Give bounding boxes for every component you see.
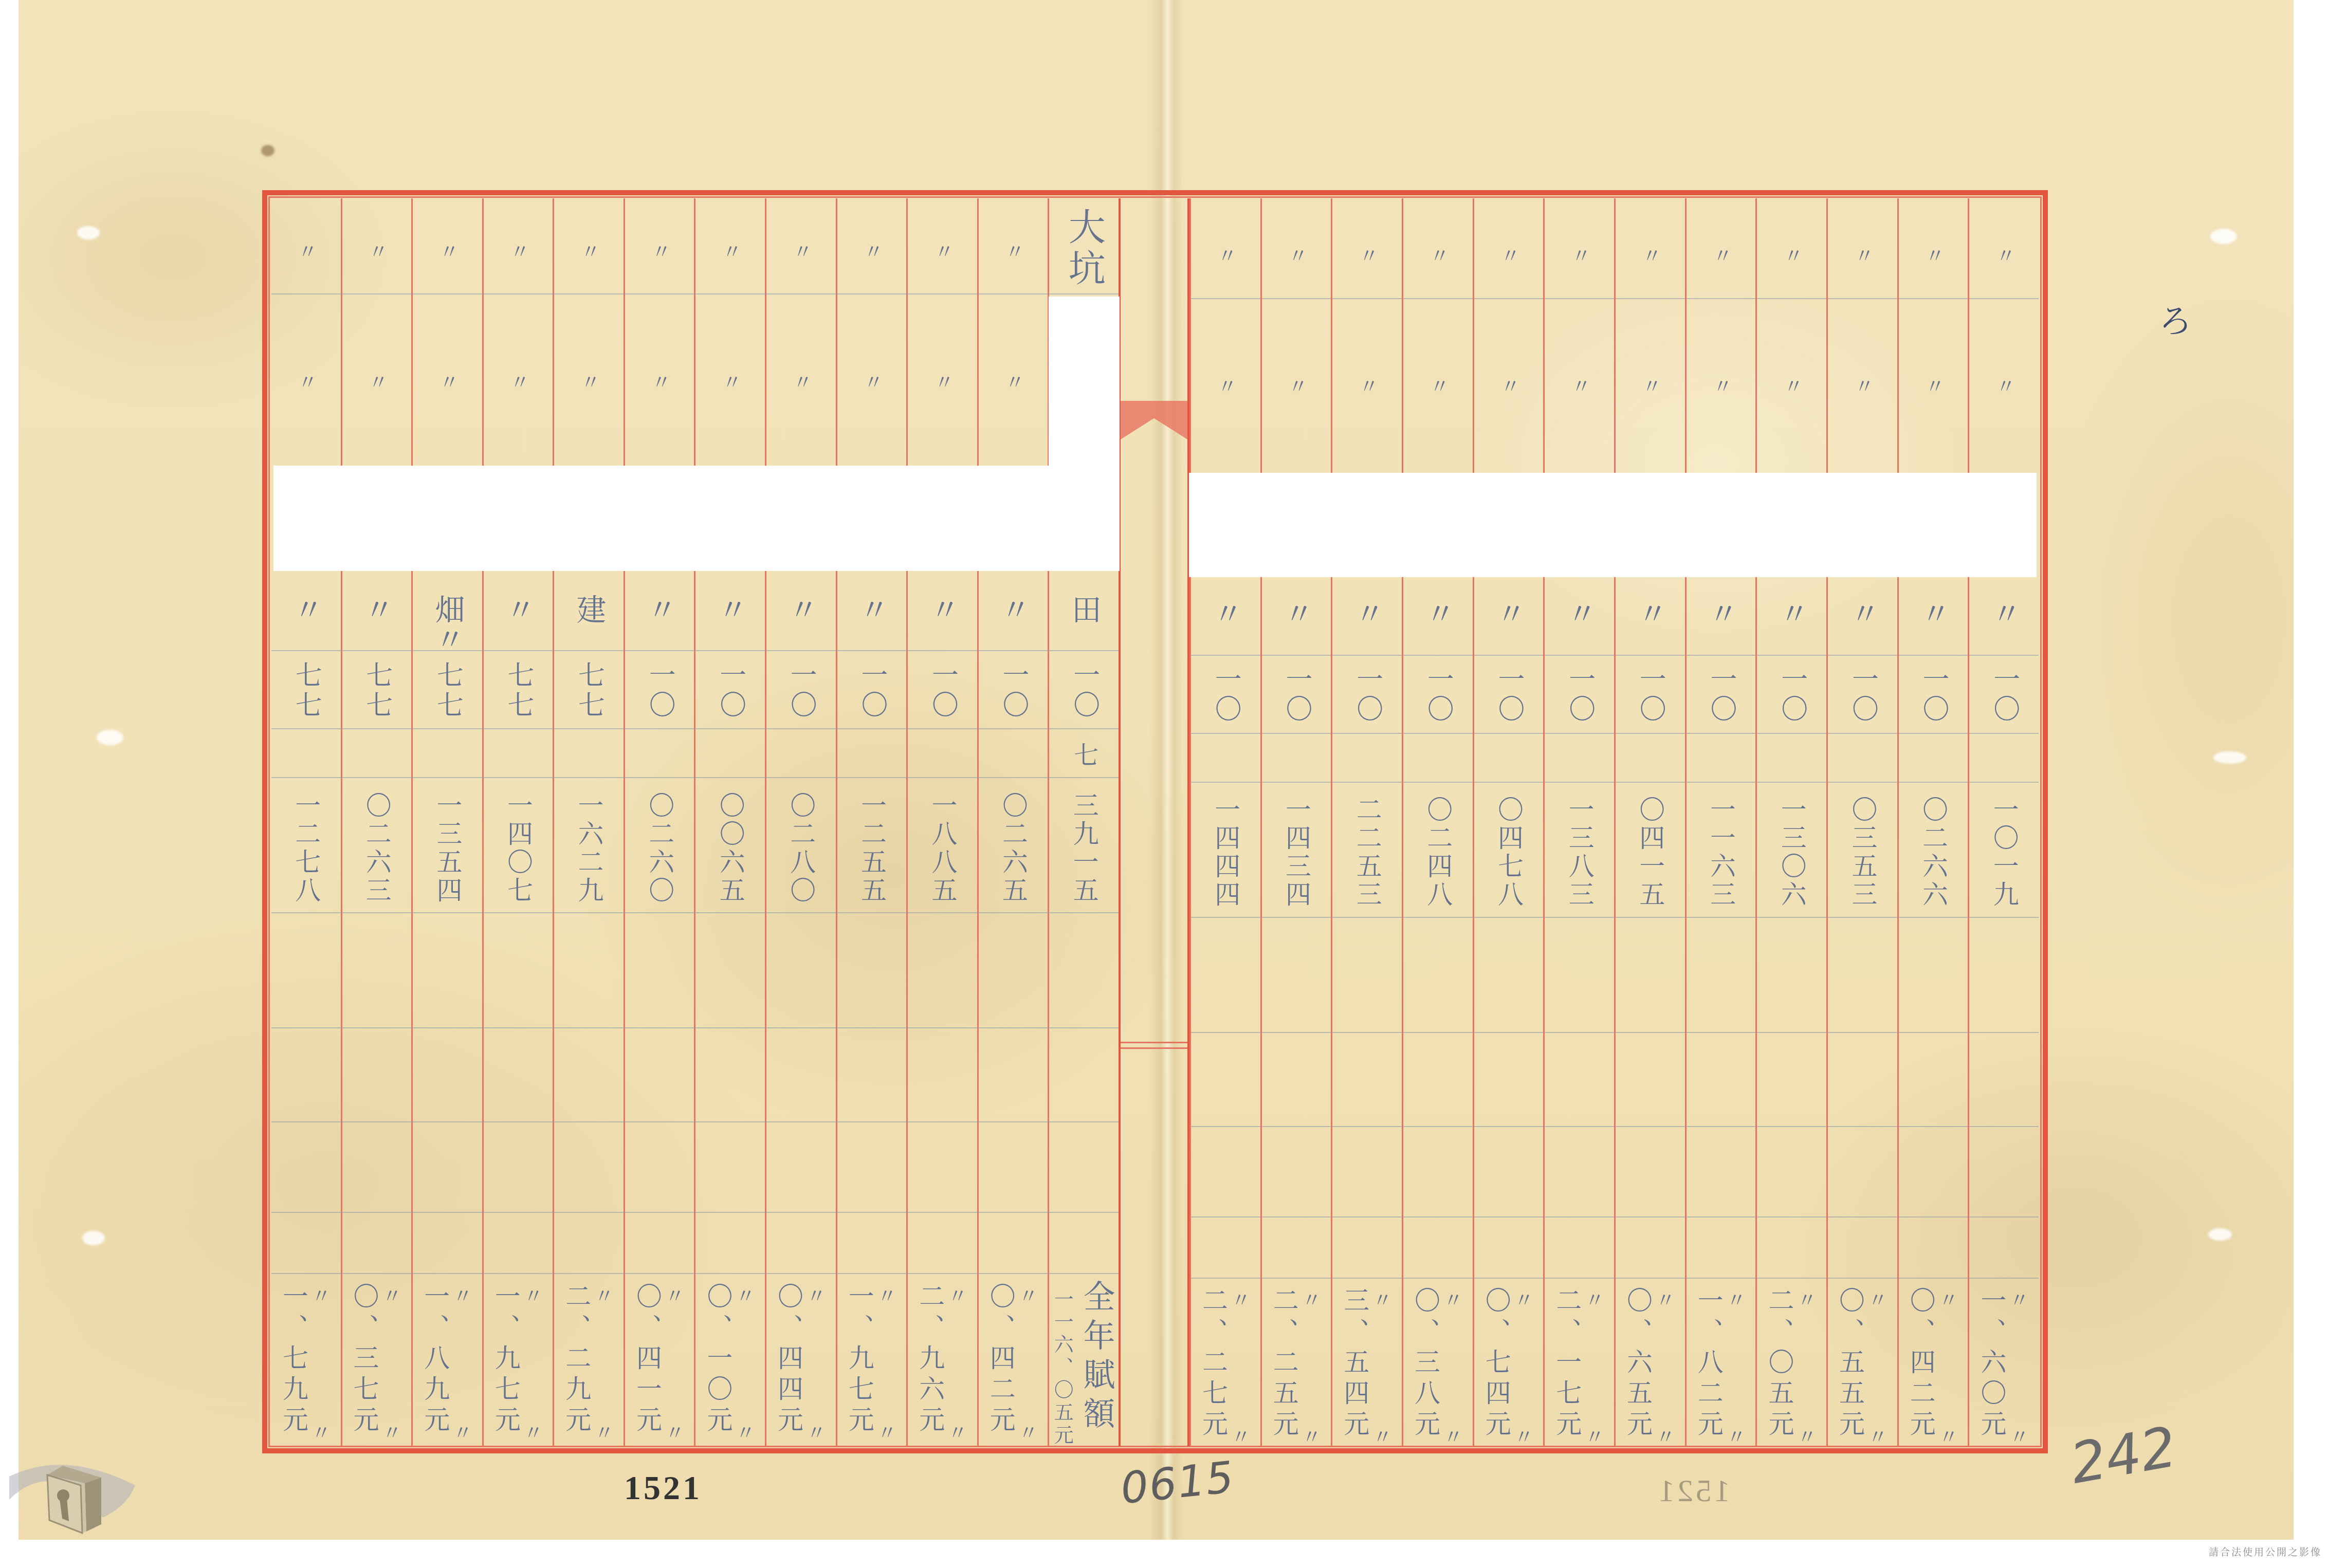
land-category-cell: 〃 bbox=[1616, 598, 1685, 628]
ditto-mark: 〃 bbox=[522, 1286, 541, 1305]
ditto-mark-cell: 〃 bbox=[1545, 376, 1614, 396]
register-column: 〃〃〃一〇一〇一九一、六〇元〃〃 bbox=[1968, 198, 2039, 1446]
annual-tax-amount: 二、二五元 bbox=[1271, 1287, 1297, 1441]
land-area: 一二七八 bbox=[293, 792, 319, 905]
land-grade: 一〇 bbox=[1708, 665, 1734, 725]
land-grade: 一〇 bbox=[1920, 665, 1947, 725]
ditto-mark: 〃 bbox=[791, 372, 811, 392]
ditto-mark: 〃 bbox=[721, 372, 740, 392]
ditto-mark: 〃 bbox=[593, 1286, 612, 1305]
land-category: 〃 bbox=[998, 594, 1028, 624]
land-grade-cell: 一〇 bbox=[1403, 665, 1473, 725]
ditto-mark-cell: 〃 bbox=[554, 242, 624, 261]
redaction-block-right bbox=[1189, 473, 2037, 577]
ditto-mark: 〃 bbox=[1994, 376, 2014, 396]
land-grade-cell: 一〇 bbox=[1332, 665, 1402, 725]
land-grade-cell: 七七 bbox=[342, 661, 412, 721]
land-grade-cell: 七七 bbox=[554, 661, 624, 721]
ditto-mark-cell: 〃 bbox=[979, 372, 1048, 392]
ditto-mark: 〃 bbox=[805, 1286, 824, 1305]
ditto-mark-cell: 〃 bbox=[908, 1286, 977, 1305]
ditto-mark: 〃 bbox=[1230, 1427, 1249, 1446]
ditto-mark-cell: 〃 bbox=[1899, 376, 1968, 396]
land-category: 〃 bbox=[1494, 598, 1524, 628]
land-area: 一一六三 bbox=[1708, 796, 1734, 909]
ditto-mark-cell: 〃 bbox=[625, 1423, 694, 1442]
land-area: 〇二六三 bbox=[364, 792, 390, 905]
annual-tax-amount: 一、八二元 bbox=[1696, 1287, 1721, 1441]
land-category-cell: 〃 bbox=[1191, 598, 1260, 628]
ditto-mark: 〃 bbox=[367, 242, 387, 261]
land-grade-cell: 一〇 bbox=[695, 661, 765, 721]
annual-tax-amount: 一、六〇元 bbox=[1978, 1287, 2004, 1441]
land-area-cell: 三九一五 bbox=[1049, 792, 1119, 905]
ditto-mark-cell: 〃 bbox=[554, 1423, 624, 1442]
land-area: 一三八三 bbox=[1567, 796, 1592, 909]
land-area: 一二五五 bbox=[859, 792, 885, 905]
ditto-mark-cell: 〃 bbox=[1969, 246, 2039, 265]
annual-tax-amount: 〇、六五元 bbox=[1625, 1287, 1651, 1441]
ditto-mark: 〃 bbox=[2008, 1427, 2027, 1446]
land-category: 〃 bbox=[1423, 598, 1453, 628]
ditto-mark-cell: 〃 bbox=[1899, 246, 1968, 265]
land-category: 〃 bbox=[857, 594, 887, 624]
land-area: 〇二六六 bbox=[1920, 796, 1946, 909]
paper-stain bbox=[261, 145, 274, 156]
land-grade: 一〇 bbox=[1424, 665, 1451, 725]
land-area: 〇二四八 bbox=[1425, 796, 1451, 909]
land-grade: 一〇 bbox=[1637, 665, 1663, 725]
annual-tax-amount-cell: 〇、一〇元 bbox=[695, 1283, 765, 1437]
land-area-cell: 一四〇七 bbox=[484, 792, 553, 905]
land-grade: 一〇 bbox=[929, 661, 956, 721]
ditto-mark: 〃 bbox=[932, 372, 952, 392]
land-area: 三九一五 bbox=[1071, 792, 1097, 905]
land-grade-cell: 一〇 bbox=[1616, 665, 1685, 725]
ditto-mark: 〃 bbox=[1853, 376, 1872, 396]
land-category-cell: 〃 bbox=[484, 594, 553, 624]
register-column: 〃〃〃七七一四〇七一、九七元〃〃 bbox=[482, 198, 553, 1446]
ditto-mark: 〃 bbox=[721, 242, 740, 261]
area-whole-cell: 七 bbox=[1049, 742, 1119, 767]
ditto-mark-cell: 〃 bbox=[1828, 376, 1897, 396]
ditto-mark: 〃 bbox=[805, 1423, 824, 1442]
ditto-mark: 〃 bbox=[663, 1423, 683, 1442]
land-category-cell: 〃 bbox=[1687, 598, 1756, 628]
register-column: 〃〃〃一〇〇二六五〇、四二元〃〃 bbox=[977, 198, 1048, 1446]
ditto-mark: 〃 bbox=[862, 242, 882, 261]
register-column: 〃〃〃一〇〇二六六〇、四二元〃〃 bbox=[1897, 198, 1968, 1446]
annual-tax-amount-cell: 一、九七元 bbox=[837, 1283, 907, 1437]
ditto-mark: 〃 bbox=[1512, 1427, 1532, 1446]
ditto-mark: 〃 bbox=[1640, 246, 1660, 265]
land-area-cell: 一四四四 bbox=[1191, 796, 1260, 909]
ditto-mark: 〃 bbox=[875, 1423, 895, 1442]
land-category-cell: 田 bbox=[1049, 594, 1119, 624]
land-grade: 一〇 bbox=[646, 661, 673, 721]
ditto-mark-cell: 〃 bbox=[271, 1423, 341, 1442]
annual-tax-total-cell: 一一六、〇五元 bbox=[1049, 1289, 1119, 1447]
land-grade-cell: 一〇 bbox=[1757, 665, 1826, 725]
ditto-mark: 〃 bbox=[1923, 376, 1943, 396]
register-column: 〃〃〃一〇一一六三一、八二元〃〃 bbox=[1685, 198, 1756, 1446]
ditto-mark: 〃 bbox=[1570, 246, 1589, 265]
ditto-mark-cell: 〃 bbox=[695, 242, 765, 261]
land-grade-cell: 一〇 bbox=[1545, 665, 1614, 725]
land-area: 〇〇六五 bbox=[718, 792, 743, 905]
ditto-mark-cell: 〃 bbox=[1545, 246, 1614, 265]
ditto-mark: 〃 bbox=[451, 1286, 471, 1305]
ditto-mark-cell: 〃 bbox=[1616, 1290, 1685, 1309]
paper-tear bbox=[2213, 751, 2246, 764]
land-category-cell: 〃 bbox=[766, 594, 836, 624]
paper-tear bbox=[77, 226, 100, 239]
land-category: 〃 bbox=[1635, 598, 1665, 628]
register-column: 〃〃〃一〇一二五五一、九七元〃〃 bbox=[836, 198, 907, 1446]
ditto-mark: 〃 bbox=[1654, 1427, 1674, 1446]
ditto-mark: 〃 bbox=[296, 242, 316, 261]
land-grade-cell: 一〇 bbox=[1191, 665, 1260, 725]
land-grade-cell: 一〇 bbox=[1687, 665, 1756, 725]
land-area-cell: 一三五四 bbox=[413, 792, 482, 905]
ditto-mark-cell: 〃 bbox=[837, 1423, 907, 1442]
annual-tax-amount: 一、九七元 bbox=[847, 1283, 872, 1437]
land-category-cell: 〃 bbox=[1474, 598, 1544, 628]
annual-tax-amount-cell: 一、九七元 bbox=[484, 1283, 553, 1437]
ditto-mark: 〃 bbox=[310, 1423, 329, 1442]
land-category-cell: 〃 bbox=[1332, 598, 1402, 628]
land-category: 田 bbox=[1069, 594, 1099, 624]
land-area-cell: 一二七八 bbox=[271, 792, 341, 905]
ditto-mark: 〃 bbox=[2008, 1290, 2027, 1309]
ditto-mark-cell: 〃 bbox=[1828, 1290, 1897, 1309]
ditto-mark-cell: 〃 bbox=[1262, 1290, 1331, 1309]
land-category: 〃 bbox=[1706, 598, 1736, 628]
ditto-mark: 〃 bbox=[508, 372, 528, 392]
ditto-mark-cell: 〃 bbox=[342, 372, 412, 392]
annual-tax-amount-cell: 二、〇五元 bbox=[1757, 1287, 1826, 1441]
ditto-mark-cell: 〃 bbox=[766, 242, 836, 261]
ditto-mark: 〃 bbox=[1782, 376, 1802, 396]
annual-tax-amount-cell: 一、六〇元 bbox=[1969, 1287, 2039, 1441]
ditto-mark-cell: 〃 bbox=[1403, 1290, 1473, 1309]
land-area: 〇二八〇 bbox=[788, 792, 814, 905]
ditto-mark-cell: 〃 bbox=[413, 372, 482, 392]
stamp-number-left: 1521 bbox=[624, 1469, 702, 1508]
ditto-mark: 〃 bbox=[862, 372, 882, 392]
ditto-mark: 〃 bbox=[1795, 1427, 1815, 1446]
register-column: 〃〃建七七一六二九二、二九元〃〃 bbox=[553, 198, 624, 1446]
land-category-cell: 〃 bbox=[625, 594, 694, 624]
annual-tax-amount-cell: 一、七九元 bbox=[271, 1283, 341, 1437]
ditto-mark: 〃 bbox=[1358, 376, 1377, 396]
ditto-mark: 〃 bbox=[946, 1423, 966, 1442]
land-area-cell: 〇二六三 bbox=[342, 792, 412, 905]
land-area: 一四四四 bbox=[1213, 796, 1238, 909]
ditto-mark-cell: 〃 bbox=[342, 1423, 412, 1442]
land-category: 建 bbox=[574, 594, 604, 624]
land-category: 〃 bbox=[716, 594, 745, 624]
ditto-mark-cell: 〃 bbox=[1332, 1290, 1402, 1309]
ditto-mark-cell: 〃 bbox=[1332, 376, 1402, 396]
land-grade-cell: 一〇 bbox=[1899, 665, 1968, 725]
annual-tax-amount: 二、二七元 bbox=[1200, 1287, 1226, 1441]
land-grade: 一〇 bbox=[1071, 661, 1097, 721]
ditto-mark-cell: 〃 bbox=[1403, 376, 1473, 396]
land-area: 一四三四 bbox=[1284, 796, 1309, 909]
land-area-cell: 一三〇六 bbox=[1757, 796, 1826, 909]
ditto-mark-cell: 〃 bbox=[695, 372, 765, 392]
land-category-cell: 〃 bbox=[979, 594, 1048, 624]
register-column: 〃〃〃七七〇二六三〇、三七元〃〃 bbox=[341, 198, 412, 1446]
land-category-cell: 〃 bbox=[1969, 598, 2039, 628]
annual-tax-amount-cell: 〇、四二元 bbox=[979, 1283, 1048, 1437]
ditto-mark: 〃 bbox=[1512, 1290, 1532, 1309]
ditto-mark: 〃 bbox=[1300, 1427, 1320, 1446]
ditto-mark: 〃 bbox=[1725, 1290, 1744, 1309]
ditto-mark: 〃 bbox=[1287, 246, 1306, 265]
ditto-mark-cell: 〃 bbox=[1262, 1427, 1331, 1446]
ditto-mark-cell: 〃 bbox=[979, 242, 1048, 261]
stamp-number-bleedthrough: 1521 bbox=[1656, 1473, 1730, 1509]
ditto-mark-cell: 〃 bbox=[1616, 376, 1685, 396]
ditto-mark: 〃 bbox=[1583, 1290, 1603, 1309]
land-area-cell: 〇二四八 bbox=[1403, 796, 1473, 909]
land-grade-cell: 七七 bbox=[413, 661, 482, 721]
land-area-cell: 一四三四 bbox=[1262, 796, 1331, 909]
land-grade-cell: 一〇 bbox=[837, 661, 907, 721]
land-category-cell: 〃 bbox=[271, 594, 341, 624]
ditto-mark: 〃 bbox=[1428, 376, 1447, 396]
ditto-mark: 〃 bbox=[791, 242, 811, 261]
land-category: 〃 bbox=[1847, 598, 1877, 628]
land-grade-cell: 一〇 bbox=[766, 661, 836, 721]
annual-tax-amount-cell: 二、一七元 bbox=[1545, 1287, 1614, 1441]
ditto-mark-cell: 〃 bbox=[271, 242, 341, 261]
land-category: 〃 bbox=[1281, 598, 1311, 628]
ditto-mark: 〃 bbox=[1216, 246, 1235, 265]
land-area: 〇四一五 bbox=[1637, 796, 1663, 909]
annual-tax-amount-cell: 〇、四二元 bbox=[1899, 1287, 1968, 1441]
ditto-mark-cell: 〃 bbox=[484, 372, 553, 392]
annual-tax-amount: 三、五四元 bbox=[1342, 1287, 1367, 1441]
annual-tax-amount: 一、九七元 bbox=[493, 1283, 519, 1437]
annual-tax-amount-cell: 一、八九元 bbox=[413, 1283, 482, 1437]
annual-tax-amount: 〇、三八元 bbox=[1413, 1287, 1438, 1441]
land-area-cell: 〇二六五 bbox=[979, 792, 1048, 905]
ditto-mark: 〃 bbox=[1216, 376, 1235, 396]
annual-tax-amount: 〇、七四元 bbox=[1483, 1287, 1509, 1441]
ditto-mark: 〃 bbox=[1795, 1290, 1815, 1309]
fish-tail-mark bbox=[1121, 401, 1187, 439]
land-grade-cell: 一〇 bbox=[1828, 665, 1897, 725]
ditto-mark-cell: 〃 bbox=[837, 242, 907, 261]
register-column: 〃〃〃一〇〇二八〇〇、四四元〃〃 bbox=[765, 198, 836, 1446]
ditto-mark: 〃 bbox=[437, 372, 457, 392]
ditto-mark-cell: 〃 bbox=[908, 372, 977, 392]
ditto-mark: 〃 bbox=[1017, 1286, 1036, 1305]
ditto-mark: 〃 bbox=[380, 1286, 400, 1305]
ditto-mark: 〃 bbox=[1371, 1290, 1390, 1309]
ditto-mark-cell: 〃 bbox=[1403, 1427, 1473, 1446]
ditto-mark: 〃 bbox=[1371, 1427, 1390, 1446]
ditto-mark: 〃 bbox=[1499, 376, 1518, 396]
right-page: 〃〃〃一〇一四四四二、二七元〃〃〃〃〃一〇一四三四二、二五元〃〃〃〃〃一〇二二五… bbox=[1187, 198, 2039, 1446]
ditto-mark: 〃 bbox=[1725, 1427, 1744, 1446]
annual-tax-amount: 〇、一〇元 bbox=[705, 1283, 730, 1437]
land-area: 〇三五三 bbox=[1849, 796, 1875, 909]
land-area-cell: 〇四一五 bbox=[1616, 796, 1685, 909]
ditto-mark-cell: 〃 bbox=[413, 1423, 482, 1442]
ditto-mark: 〃 bbox=[650, 372, 669, 392]
annual-tax-amount-cell: 〇、七四元 bbox=[1474, 1287, 1544, 1441]
annual-tax-amount-cell: 〇、三八元 bbox=[1403, 1287, 1473, 1441]
margin-annotation: ろ bbox=[2159, 295, 2192, 342]
ditto-mark-cell: 〃 bbox=[837, 372, 907, 392]
land-grade: 七七 bbox=[292, 661, 319, 721]
paper-tear bbox=[2208, 1228, 2232, 1241]
ditto-mark-cell: 〃 bbox=[979, 1286, 1048, 1305]
ditto-mark-cell: 〃 bbox=[1191, 1427, 1260, 1446]
land-category-cell: 畑〃 bbox=[413, 594, 482, 654]
land-category-cell: 〃 bbox=[1828, 598, 1897, 628]
annual-tax-amount: 二、二九元 bbox=[563, 1283, 589, 1437]
ditto-mark-cell: 〃 bbox=[1332, 1427, 1402, 1446]
ditto-mark: 〃 bbox=[1442, 1427, 1461, 1446]
land-category: 〃 bbox=[645, 594, 674, 624]
land-area: 一〇一九 bbox=[1991, 796, 2017, 909]
ditto-mark: 〃 bbox=[367, 372, 387, 392]
ditto-mark-cell: 〃 bbox=[484, 242, 553, 261]
ditto-mark: 〃 bbox=[875, 1286, 895, 1305]
land-grade: 一〇 bbox=[1354, 665, 1381, 725]
annual-tax-amount-cell: 二、二七元 bbox=[1191, 1287, 1260, 1441]
register-column: 〃〃〃一〇〇〇六五〇、一〇元〃〃 bbox=[694, 198, 765, 1446]
ditto-mark-cell: 〃 bbox=[625, 242, 694, 261]
land-area: 一八八五 bbox=[929, 792, 955, 905]
land-grade: 一〇 bbox=[1495, 665, 1522, 725]
land-category-cell: 〃 bbox=[908, 594, 977, 624]
annual-tax-amount: 〇、四二元 bbox=[1908, 1287, 1934, 1441]
register-column: 〃〃畑〃七七一三五四一、八九元〃〃 bbox=[411, 198, 482, 1446]
annual-tax-amount: 〇、四四元 bbox=[776, 1283, 801, 1437]
ditto-mark-cell: 〃 bbox=[1687, 376, 1756, 396]
ditto-mark-cell: 〃 bbox=[1687, 1290, 1756, 1309]
ditto-mark-cell: 〃 bbox=[1545, 1427, 1614, 1446]
ditto-mark: 〃 bbox=[1923, 246, 1943, 265]
land-grade: 七七 bbox=[434, 661, 461, 721]
ditto-mark: 〃 bbox=[1994, 246, 2014, 265]
land-grade-cell: 一〇 bbox=[908, 661, 977, 721]
ditto-mark: 〃 bbox=[451, 1423, 471, 1442]
land-category-cell: 〃 bbox=[1757, 598, 1826, 628]
ditto-mark-cell: 〃 bbox=[908, 242, 977, 261]
land-area-cell: 〇二六六 bbox=[1899, 796, 1968, 909]
ditto-mark-cell: 〃 bbox=[1262, 246, 1331, 265]
land-grade: 一〇 bbox=[858, 661, 885, 721]
annual-tax-total: 一一六、〇五元 bbox=[1052, 1289, 1072, 1447]
land-category-cell: 〃 bbox=[1545, 598, 1614, 628]
ditto-mark-cell: 〃 bbox=[625, 1286, 694, 1305]
ditto-mark: 〃 bbox=[1287, 376, 1306, 396]
register-column: 〃〃〃一〇二二五三三、五四元〃〃 bbox=[1331, 198, 1402, 1446]
paper-tear bbox=[97, 730, 123, 745]
ditto-mark: 〃 bbox=[1003, 242, 1023, 261]
ditto-mark: 〃 bbox=[734, 1423, 754, 1442]
ditto-mark-cell: 〃 bbox=[1332, 246, 1402, 265]
register-column: 〃〃〃一〇一三八三二、一七元〃〃 bbox=[1543, 198, 1614, 1446]
ditto-mark: 〃 bbox=[946, 1286, 966, 1305]
annual-tax-amount: 〇、五五元 bbox=[1837, 1287, 1863, 1441]
land-category: 〃 bbox=[1989, 598, 2019, 628]
land-area-cell: 一三八三 bbox=[1545, 796, 1614, 909]
register-column: 〃〃〃一〇一三〇六二、〇五元〃〃 bbox=[1755, 198, 1826, 1446]
annual-tax-amount-cell: 三、五四元 bbox=[1332, 1287, 1402, 1441]
ditto-mark-cell: 〃 bbox=[1969, 1427, 2039, 1446]
area-whole: 七 bbox=[1072, 742, 1096, 767]
annual-tax-amount-cell: 二、九六元 bbox=[908, 1283, 977, 1437]
redaction-block-left bbox=[273, 466, 1120, 571]
ditto-mark-cell: 〃 bbox=[837, 1286, 907, 1305]
annual-tax-amount: 二、一七元 bbox=[1554, 1287, 1580, 1441]
land-grade: 七七 bbox=[505, 661, 532, 721]
land-grade: 一〇 bbox=[717, 661, 744, 721]
annual-tax-amount: 〇、四一元 bbox=[634, 1283, 660, 1437]
register-column: 〃〃〃一〇〇四七八〇、七四元〃〃 bbox=[1473, 198, 1544, 1446]
ditto-mark-cell: 〃 bbox=[1262, 376, 1331, 396]
watermark-text: 請合法使用公開之影像 bbox=[2209, 1545, 2322, 1559]
land-grade-cell: 一〇 bbox=[1969, 665, 2039, 725]
land-grade-cell: 七七 bbox=[484, 661, 553, 721]
land-grade: 一〇 bbox=[1000, 661, 1027, 721]
annual-tax-amount: 一、八九元 bbox=[422, 1283, 448, 1437]
ditto-mark-cell: 〃 bbox=[1616, 246, 1685, 265]
annual-tax-amount-cell: 〇、四四元 bbox=[766, 1283, 836, 1437]
ditto-mark-cell: 〃 bbox=[908, 1423, 977, 1442]
center-strip bbox=[1121, 198, 1187, 1446]
ditto-mark-cell: 〃 bbox=[1403, 246, 1473, 265]
ditto-mark-cell: 〃 bbox=[695, 1286, 765, 1305]
land-grade-cell: 一〇 bbox=[625, 661, 694, 721]
land-area: 一三五四 bbox=[434, 792, 460, 905]
ditto-mark: 〃 bbox=[650, 242, 669, 261]
ditto-mark-cell: 〃 bbox=[413, 1286, 482, 1305]
place-name-cell: 大坑 bbox=[1049, 208, 1119, 290]
ditto-mark-cell: 〃 bbox=[1191, 246, 1260, 265]
land-grade: 一〇 bbox=[1283, 665, 1310, 725]
land-area-cell: 一二五五 bbox=[837, 792, 907, 905]
ditto-mark-cell: 〃 bbox=[1828, 1427, 1897, 1446]
ditto-mark-cell: 〃 bbox=[1687, 1427, 1756, 1446]
land-area-cell: 〇〇六五 bbox=[695, 792, 765, 905]
ditto-mark: 〃 bbox=[1853, 246, 1872, 265]
ditto-mark: 〃 bbox=[593, 1423, 612, 1442]
ditto-mark-cell: 〃 bbox=[1757, 246, 1826, 265]
ditto-mark-cell: 〃 bbox=[1191, 1290, 1260, 1309]
ditto-mark: 〃 bbox=[1654, 1290, 1674, 1309]
land-category: 〃 bbox=[1918, 598, 1948, 628]
ditto-mark: 〃 bbox=[1570, 376, 1589, 396]
ditto-mark: 〃 bbox=[1442, 1290, 1461, 1309]
ditto-mark-cell: 〃 bbox=[1474, 376, 1544, 396]
annual-tax-amount-cell: 〇、五五元 bbox=[1828, 1287, 1897, 1441]
ditto-mark: 〃 bbox=[1866, 1290, 1886, 1309]
land-area-cell: 一一六三 bbox=[1687, 796, 1756, 909]
land-area-cell: 〇三五三 bbox=[1828, 796, 1897, 909]
ditto-mark: 〃 bbox=[663, 1286, 683, 1305]
ditto-mark-cell: 〃 bbox=[1474, 1290, 1544, 1309]
land-category: 〃 bbox=[1211, 598, 1240, 628]
